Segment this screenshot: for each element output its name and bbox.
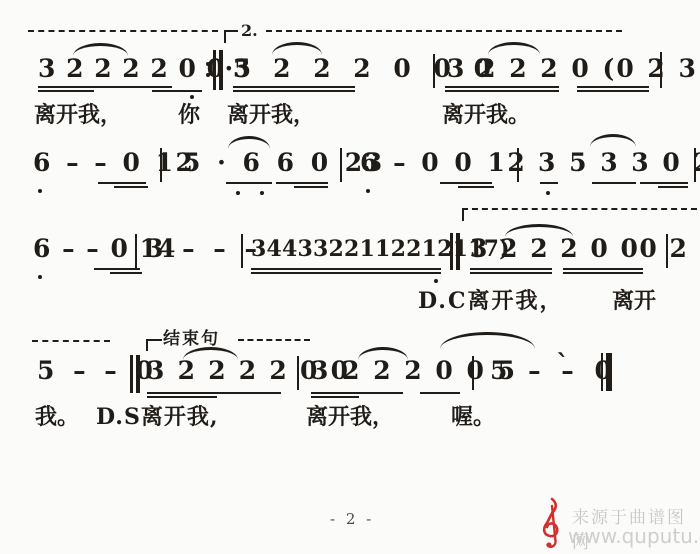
- barline: [297, 356, 299, 390]
- octave-dot: [38, 275, 42, 279]
- s2-measure4: 3 5 3 3 0 23: [538, 150, 700, 175]
- barline: [433, 54, 435, 88]
- repeat-dot: [206, 73, 210, 77]
- beam: [311, 392, 403, 394]
- s3-lyric2: 离开: [612, 288, 656, 314]
- final-barline-thick: [606, 353, 612, 391]
- volta2-line-start: [224, 30, 238, 32]
- beam: [420, 392, 460, 394]
- beam: [440, 182, 492, 184]
- section-barline: [136, 355, 140, 393]
- repeat-barline: [213, 50, 216, 90]
- page-number: - 2 -: [330, 510, 374, 528]
- beam: [445, 86, 559, 88]
- barline: [160, 148, 162, 182]
- beam: [592, 182, 636, 184]
- barline: [241, 234, 243, 268]
- octave-dot: [260, 191, 264, 195]
- beam: [98, 182, 146, 184]
- s1-lyric1: 离开我，: [34, 102, 122, 128]
- watermark-url-text: www.quputu.com: [568, 524, 700, 548]
- beam: [110, 272, 142, 274]
- final-barline-thin: [601, 353, 603, 391]
- octave-dot: [546, 191, 550, 195]
- s3-lyric1: D.C离开我，: [418, 288, 563, 314]
- volta2-line: [266, 30, 622, 32]
- s4-measure4: 5 – – 0: [490, 358, 616, 383]
- section-barline: [130, 355, 133, 393]
- beam: [458, 186, 494, 188]
- coda-bracket-line: [238, 339, 310, 341]
- breath-mark: `: [556, 352, 569, 378]
- octave-dot: [190, 95, 194, 99]
- beam: [470, 268, 552, 270]
- slur: [590, 134, 636, 147]
- barline: [135, 234, 137, 268]
- beam: [114, 186, 148, 188]
- barline: [694, 148, 696, 182]
- repeat-barline: [219, 50, 223, 90]
- section-barline: [456, 233, 460, 270]
- beam: [540, 182, 558, 184]
- beam: [38, 86, 172, 88]
- beam: [147, 392, 281, 394]
- repeat-dot: [206, 62, 210, 66]
- s4-measure3: 3 2 2 2 0 0 5: [311, 358, 517, 383]
- beam: [640, 182, 688, 184]
- volta2-label: 2.: [241, 23, 258, 39]
- s4-lyric3: 离开我，: [306, 404, 394, 430]
- beam: [294, 186, 328, 188]
- s1-lyric2: 你: [178, 102, 200, 128]
- barline: [517, 148, 519, 182]
- coda-bracket-line-start: [146, 339, 162, 341]
- coda-bracket-label: 结束句: [163, 331, 220, 348]
- beam: [658, 186, 688, 188]
- beam: [276, 182, 328, 184]
- score-page: 2. 3 2 2 2 2 0 0·5 3 2 2 2 0 0 0 3 2 2 2…: [0, 0, 700, 554]
- volta1-line: [28, 30, 218, 32]
- beam: [251, 268, 441, 270]
- beam: [233, 86, 355, 88]
- ending-bracket-line: [462, 208, 697, 210]
- s4-lyric1: 我。: [35, 404, 79, 430]
- octave-dot: [366, 189, 370, 193]
- beam: [563, 268, 643, 270]
- s1-lyric3: 离开我，: [227, 102, 315, 128]
- section-barline: [450, 233, 453, 270]
- s2-measure2: 5 · 6 6 0 23: [183, 150, 385, 175]
- s2-measure1: 6 – – 0 12: [33, 150, 195, 175]
- barline: [660, 52, 662, 88]
- barline: [666, 234, 668, 268]
- beam: [577, 86, 649, 88]
- octave-dot: [434, 279, 438, 283]
- s2-measure3: 6 – 0 0 12: [360, 150, 527, 175]
- s1-lyric4: 离开我。: [442, 102, 530, 128]
- barline: [472, 356, 474, 390]
- beam: [311, 396, 359, 398]
- beam: [147, 396, 217, 398]
- octave-dot: [38, 189, 42, 193]
- beam: [38, 90, 94, 92]
- treble-clef-icon: [538, 496, 564, 554]
- s4-lyric2: D.S离开我,: [96, 404, 219, 430]
- barline: [340, 148, 342, 182]
- s4-lyric4: 喔。: [451, 404, 495, 430]
- octave-dot: [236, 191, 240, 195]
- bracket-continuation-line: [32, 340, 110, 342]
- beam: [152, 90, 202, 92]
- beam: [94, 268, 140, 270]
- beam: [226, 182, 272, 184]
- tie-slur: [440, 332, 535, 349]
